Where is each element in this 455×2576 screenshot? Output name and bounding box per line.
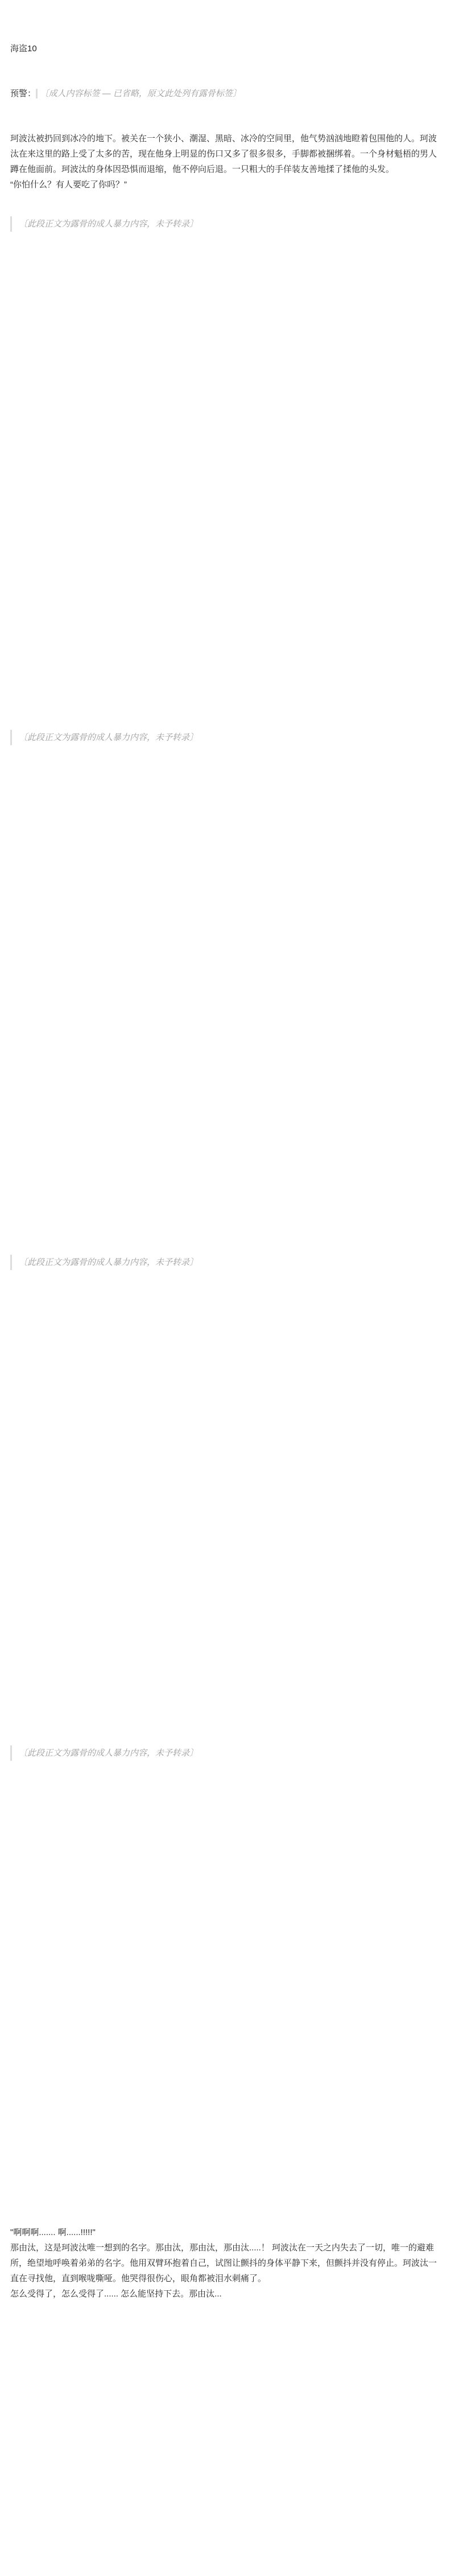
opening-paragraph-list: 珂波汰被扔回到冰冷的地下。被关在一个狭小、潮湿、黑暗、冰冷的空间里，他气势汹汹地… bbox=[10, 131, 440, 192]
content-warning-tags-redacted: 〔成人内容标签 — 已省略，原文此处列有露骨标签〕 bbox=[36, 89, 241, 98]
redaction-notice: 〔此段正文为露骨的成人暴力内容，未予转录〕 bbox=[10, 1745, 198, 1761]
redaction-notice: 〔此段正文为露骨的成人暴力内容，未予转录〕 bbox=[10, 730, 198, 745]
redacted-section-2: 〔此段正文为露骨的成人暴力内容，未予转录〕 bbox=[10, 730, 440, 1231]
opening-section: 珂波汰被扔回到冰冷的地下。被关在一个狭小、潮湿、黑暗、冰冷的空间里，他气势汹汹地… bbox=[10, 131, 440, 192]
content-warning-label: 预警： bbox=[10, 89, 36, 98]
body-paragraph: “你怕什么？有人要吃了你吗？” bbox=[10, 177, 440, 192]
closing-section: "啊啊啊....... 啊......!!!!!"那由汰，这是珂波汰唯一想到的名… bbox=[10, 2225, 440, 2302]
redacted-section-3: 〔此段正文为露骨的成人暴力内容，未予转录〕 bbox=[10, 1255, 440, 1722]
redacted-section-1: 〔此段正文为露骨的成人暴力内容，未予转录〕 bbox=[10, 216, 440, 706]
redacted-section-4: 〔此段正文为露骨的成人暴力内容，未予转录〕 bbox=[10, 1745, 440, 2201]
body-paragraph: "啊啊啊....... 啊......!!!!!" bbox=[10, 2225, 440, 2240]
chapter-title: 海盗10 bbox=[10, 41, 440, 56]
content-warning-line: 预警：〔成人内容标签 — 已省略，原文此处列有露骨标签〕 bbox=[10, 86, 440, 101]
redaction-notice: 〔此段正文为露骨的成人暴力内容，未予转录〕 bbox=[10, 1255, 198, 1270]
redaction-notice: 〔此段正文为露骨的成人暴力内容，未予转录〕 bbox=[10, 216, 198, 232]
body-paragraph: 珂波汰被扔回到冰冷的地下。被关在一个狭小、潮湿、黑暗、冰冷的空间里，他气势汹汹地… bbox=[10, 131, 440, 177]
chapter-document: 海盗10 预警：〔成人内容标签 — 已省略，原文此处列有露骨标签〕 珂波汰被扔回… bbox=[10, 41, 440, 2302]
body-paragraph: 那由汰，这是珂波汰唯一想到的名字。那由汰，那由汰，那由汰.....！ 珂波汰在一… bbox=[10, 2240, 440, 2286]
closing-paragraph-list: "啊啊啊....... 啊......!!!!!"那由汰，这是珂波汰唯一想到的名… bbox=[10, 2225, 440, 2302]
body-paragraph: 怎么受得了，怎么受得了...... 怎么能坚持下去。那由汰... bbox=[10, 2286, 440, 2302]
